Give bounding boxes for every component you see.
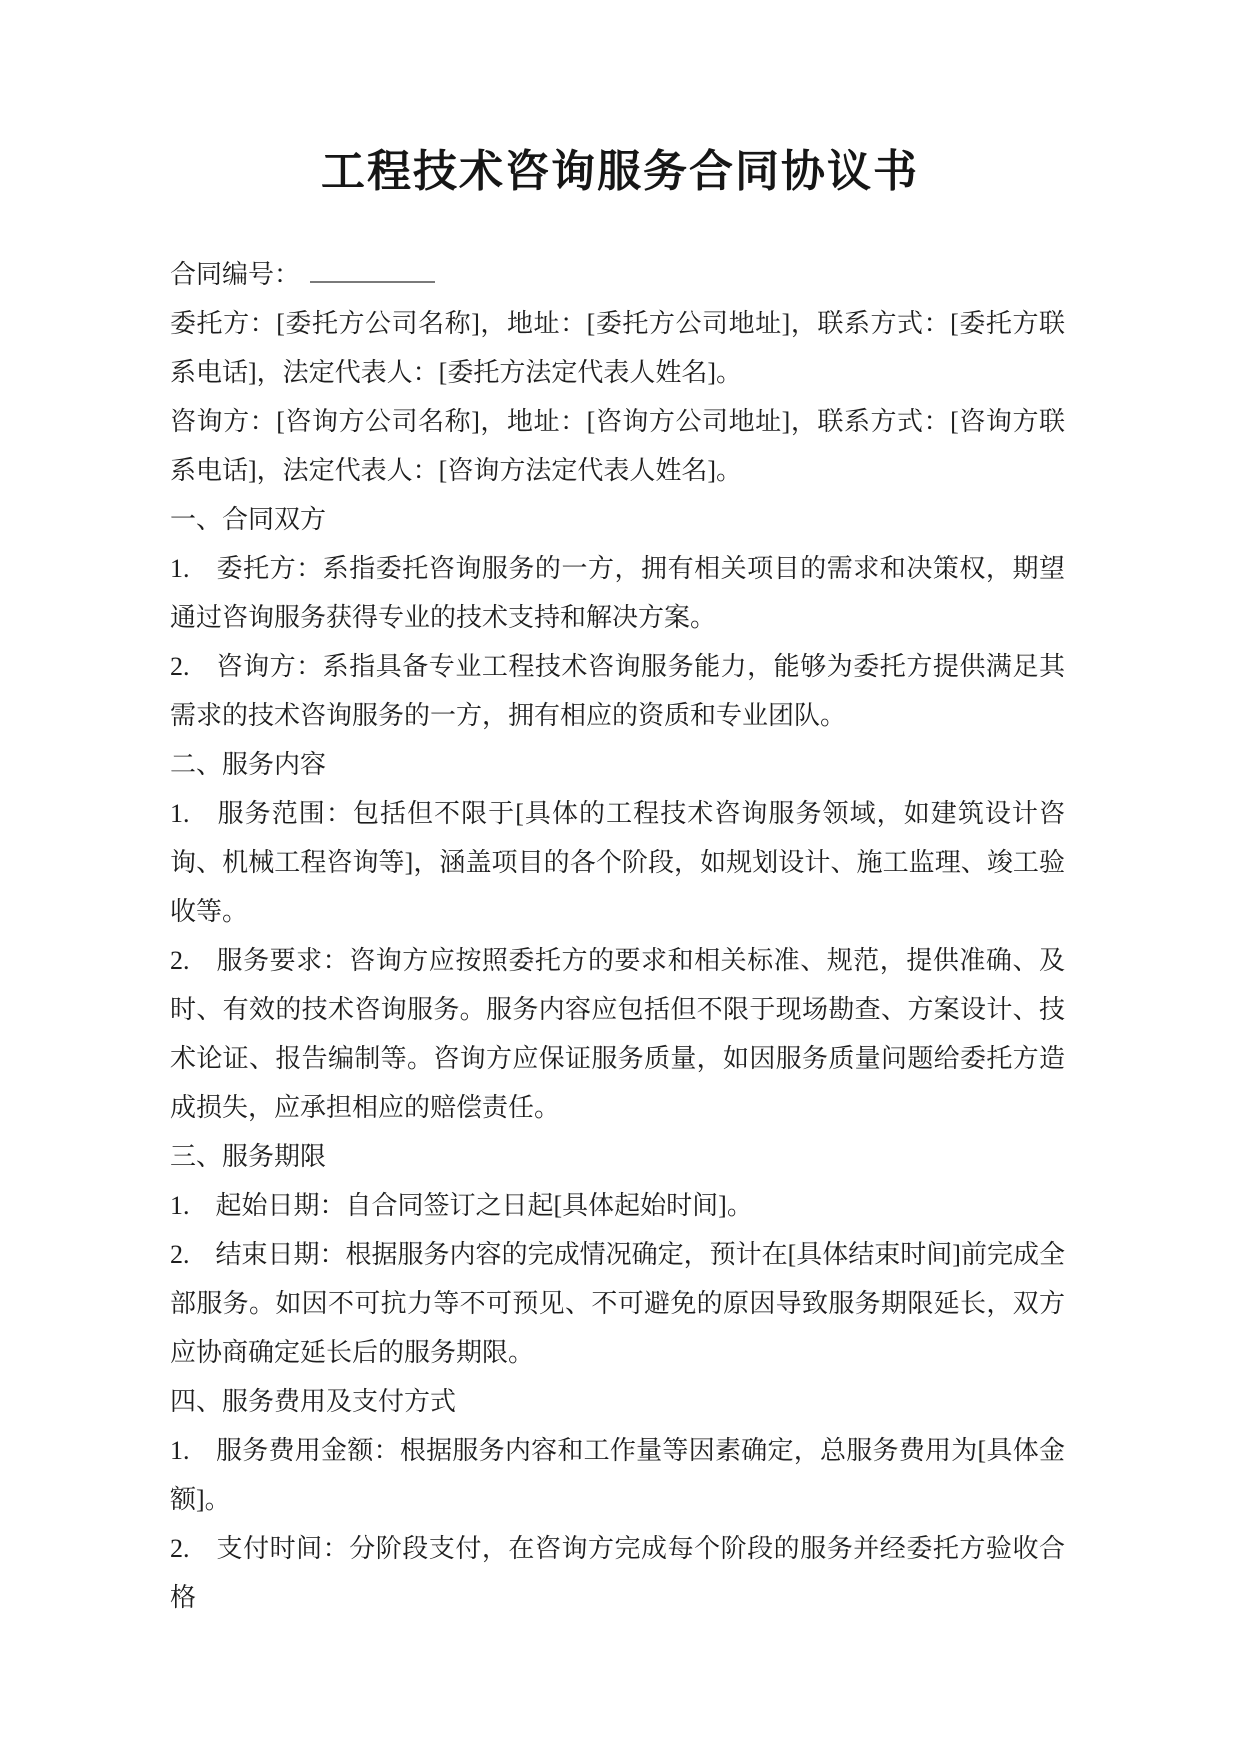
paragraph-party: 委托方：[委托方公司名称]，地址：[委托方公司地址]，联系方式：[委托方联系电话… — [170, 299, 1065, 397]
paragraph-text: 委托方：[委托方公司名称]，地址：[委托方公司地址]，联系方式：[委托方联系电话… — [170, 309, 1065, 387]
paragraph-text: 合同编号： — [170, 260, 300, 289]
paragraph-text: 1. 委托方：系指委托咨询服务的一方，拥有相关项目的需求和决策权，期望通过咨询服… — [170, 554, 1065, 632]
paragraph-text: 2. 服务要求：咨询方应按照委托方的要求和相关标准、规范，提供准确、及时、有效的… — [170, 946, 1065, 1122]
paragraph-text: 二、服务内容 — [170, 750, 326, 779]
paragraph-text: 四、服务费用及支付方式 — [170, 1387, 456, 1416]
paragraph-text: 咨询方：[咨询方公司名称]，地址：[咨询方公司地址]，联系方式：[咨询方联系电话… — [170, 407, 1065, 485]
document-title: 工程技术咨询服务合同协议书 — [0, 146, 1240, 198]
paragraph-text: 三、服务期限 — [170, 1142, 326, 1171]
paragraph-text: 2. 结束日期：根据服务内容的完成情况确定，预计在[具体结束时间]前完成全部服务… — [170, 1240, 1065, 1367]
paragraph-item: 2. 服务要求：咨询方应按照委托方的要求和相关标准、规范，提供准确、及时、有效的… — [170, 936, 1065, 1132]
document-body: 合同编号： 委托方：[委托方公司名称]，地址：[委托方公司地址]，联系方式：[委… — [170, 250, 1065, 1622]
contract-number-blank — [310, 251, 435, 283]
paragraph-item: 1. 服务费用金额：根据服务内容和工作量等因素确定，总服务费用为[具体金额]。 — [170, 1426, 1065, 1524]
paragraph-field: 合同编号： — [170, 250, 1065, 299]
document-page: 工程技术咨询服务合同协议书 合同编号： 委托方：[委托方公司名称]，地址：[委托… — [0, 0, 1240, 1753]
paragraph-item: 1. 服务范围：包括但不限于[具体的工程技术咨询服务领域，如建筑设计咨询、机械工… — [170, 789, 1065, 936]
paragraph-item: 1. 委托方：系指委托咨询服务的一方，拥有相关项目的需求和决策权，期望通过咨询服… — [170, 544, 1065, 642]
paragraph-item: 2. 支付时间：分阶段支付，在咨询方完成每个阶段的服务并经委托方验收合格 — [170, 1524, 1065, 1622]
paragraph-text: 一、合同双方 — [170, 505, 326, 534]
paragraph-text: 1. 服务费用金额：根据服务内容和工作量等因素确定，总服务费用为[具体金额]。 — [170, 1436, 1065, 1514]
paragraph-text: 1. 起始日期：自合同签订之日起[具体起始时间]。 — [170, 1191, 753, 1220]
paragraph-text: 2. 支付时间：分阶段支付，在咨询方完成每个阶段的服务并经委托方验收合格 — [170, 1534, 1065, 1612]
paragraph-text: 2. 咨询方：系指具备专业工程技术咨询服务能力，能够为委托方提供满足其需求的技术… — [170, 652, 1065, 730]
paragraph-heading: 一、合同双方 — [170, 495, 1065, 544]
paragraph-heading: 四、服务费用及支付方式 — [170, 1377, 1065, 1426]
paragraph-heading: 二、服务内容 — [170, 740, 1065, 789]
paragraph-party: 咨询方：[咨询方公司名称]，地址：[咨询方公司地址]，联系方式：[咨询方联系电话… — [170, 397, 1065, 495]
paragraph-item: 2. 结束日期：根据服务内容的完成情况确定，预计在[具体结束时间]前完成全部服务… — [170, 1230, 1065, 1377]
paragraph-heading: 三、服务期限 — [170, 1132, 1065, 1181]
paragraph-item: 1. 起始日期：自合同签订之日起[具体起始时间]。 — [170, 1181, 1065, 1230]
paragraph-text: 1. 服务范围：包括但不限于[具体的工程技术咨询服务领域，如建筑设计咨询、机械工… — [170, 799, 1065, 926]
paragraph-item: 2. 咨询方：系指具备专业工程技术咨询服务能力，能够为委托方提供满足其需求的技术… — [170, 642, 1065, 740]
